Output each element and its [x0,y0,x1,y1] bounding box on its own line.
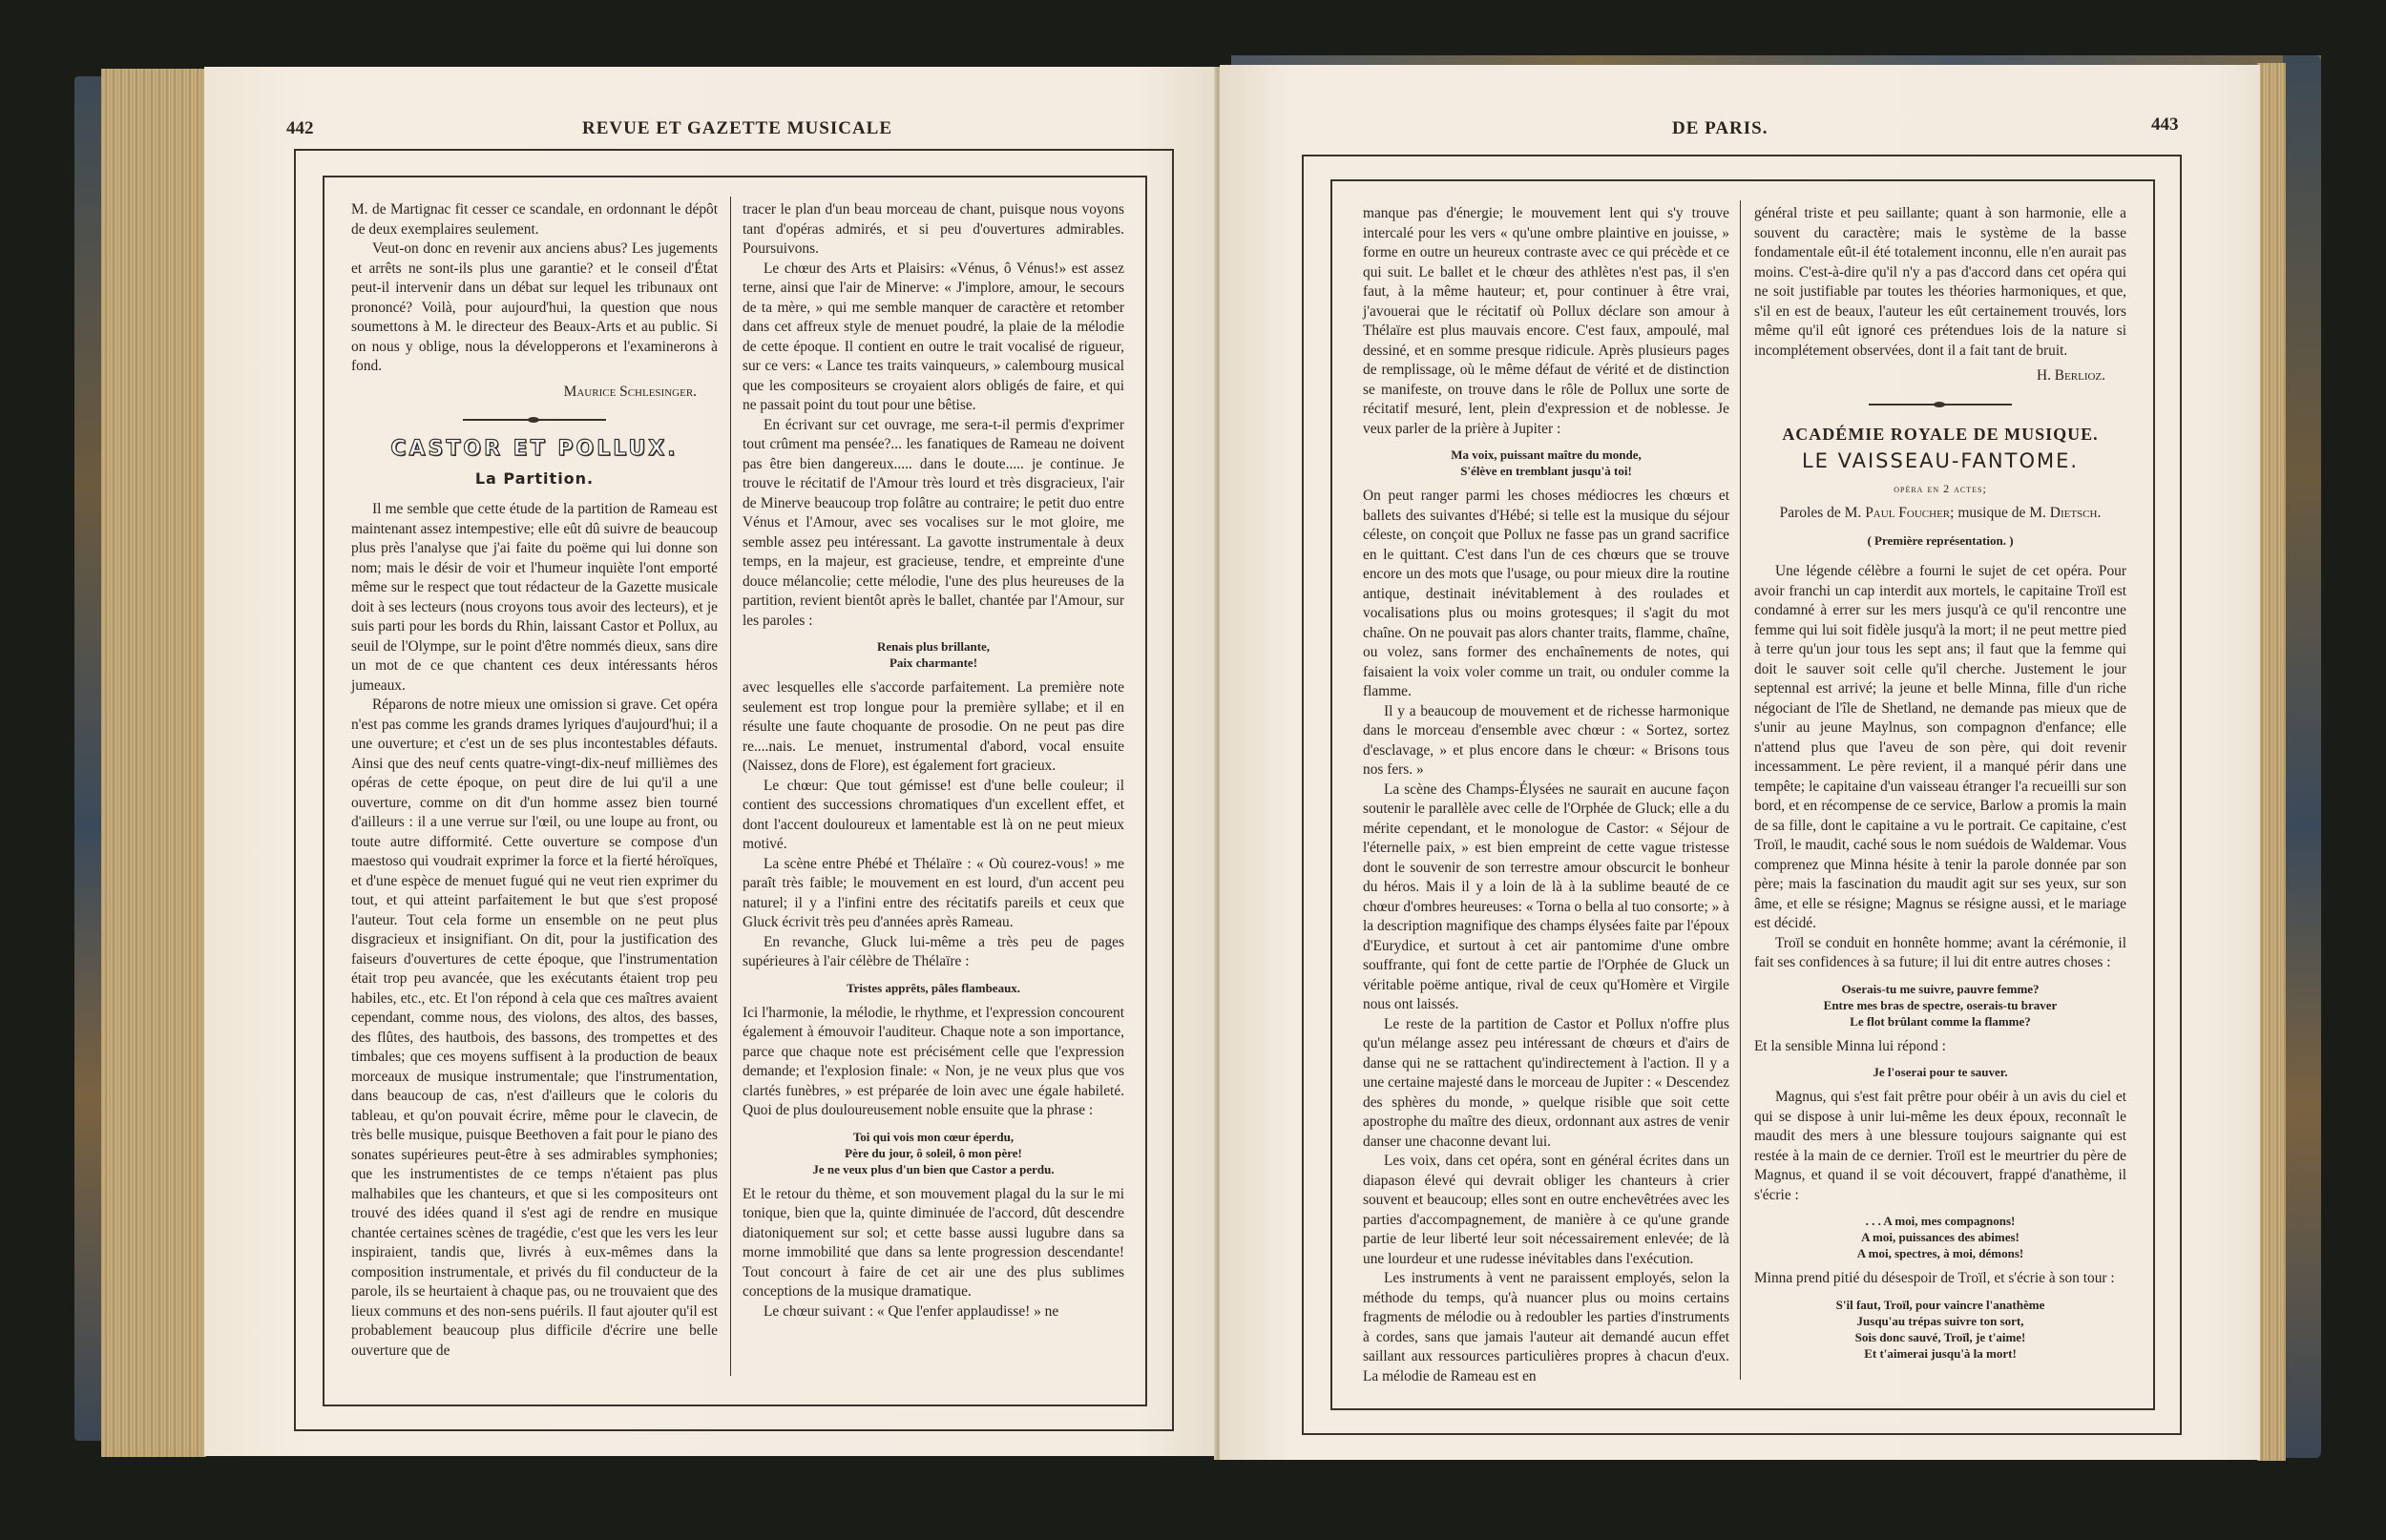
paragraph: La scène entre Phébé et Thélaïre : « Où … [743,855,1124,933]
paragraph: Troïl se conduit en honnête homme; avant… [1754,934,2126,973]
paragraph: Et le retour du thème, et son mouvement … [743,1185,1124,1302]
paragraph: Le reste de la partition de Castor et Po… [1363,1015,1729,1153]
paragraph: Ici l'harmonie, la mélodie, le rhythme, … [743,1004,1124,1121]
book-cover-right [2283,55,2321,1458]
opera-credits: Paroles de M. Paul Foucher; musique de M… [1754,504,2126,524]
paragraph: Il me semble que cette étude de la parti… [351,500,718,696]
paragraph: Les voix, dans cet opéra, sont en généra… [1363,1152,1729,1269]
paragraph: Minna prend pitié du désespoir de Troïl,… [1754,1269,2126,1289]
librettist-name: Paul Foucher [1865,505,1950,521]
verse-quote: S'il faut, Troïl, pour vaincre l'anathèm… [1754,1297,2126,1362]
paragraph: M. de Martignac fit cesser ce scandale, … [351,200,718,239]
left-page-column-2: tracer le plan d'un beau morceau de chan… [743,200,1124,1321]
right-running-head: DE PARIS. [1672,118,1769,139]
author-signature: H. Berlioz. [1754,366,2105,386]
section-divider-ornament [463,417,606,423]
left-column-rule [730,197,731,1376]
paragraph: Magnus, qui s'est fait prêtre pour obéir… [1754,1088,2126,1205]
left-page-column-1: M. de Martignac fit cesser ce scandale, … [351,200,718,1361]
section-title: ACADÉMIE ROYALE DE MUSIQUE. [1754,425,2126,445]
verse-quote: Ma voix, puissant maître du monde, S'élè… [1363,447,1729,479]
paragraph: Et la sensible Minna lui répond : [1754,1037,2126,1057]
right-page-column-2: général triste et peu saillante; quant à… [1754,204,2126,1369]
opera-genre: opéra en 2 actes; [1754,479,2126,499]
section-divider-ornament [1869,402,2012,407]
page-edges-left [101,69,206,1457]
verse-quote: Renais plus brillante, Paix charmante! [743,638,1124,671]
verse-quote: Oserais-tu me suivre, pauvre femme? Entr… [1754,981,2126,1030]
paragraph: Le chœur des Arts et Plaisirs: «Vénus, ô… [743,260,1124,416]
verse-quote: Tristes apprêts, pâles flambeaux. [743,980,1124,996]
verse-quote: Toi qui vois mon cœur éperdu, Père du jo… [743,1129,1124,1177]
author-signature: Maurice Schlesinger. [351,383,697,403]
composer-name: Dietsch. [2050,505,2102,521]
paragraph: En revanche, Gluck lui-même a très peu d… [743,933,1124,972]
paragraph: avec lesquelles elle s'accorde parfaitem… [743,678,1124,777]
paragraph: Le chœur: Que tout gémisse! est d'une be… [743,777,1124,855]
page-edges-right [2257,63,2286,1461]
premiere-note: ( Première représentation. ) [1754,531,2126,551]
paragraph: En écrivant sur cet ouvrage, me sera-t-i… [743,416,1124,632]
paragraph: Une légende célèbre a fourni le sujet de… [1754,562,2126,934]
verse-quote: . . . A moi, mes compagnons! A moi, puis… [1754,1213,2126,1261]
paragraph: On peut ranger parmi les choses médiocre… [1363,487,1729,702]
paragraph: tracer le plan d'un beau morceau de chan… [743,200,1124,260]
book-cover-left [74,76,103,1441]
paragraph: Il y a beaucoup de mouvement et de riche… [1363,702,1729,780]
paragraph: La scène des Champs-Élysées ne saurait e… [1363,780,1729,1015]
left-running-head: REVUE ET GAZETTE MUSICALE [582,118,892,139]
right-column-rule [1740,200,1741,1380]
left-page-number: 442 [286,118,314,139]
right-page-column-1: manque pas d'énergie; le mouvement lent … [1363,204,1729,1386]
right-page-number: 443 [2151,114,2179,135]
article-title: CASTOR ET POLLUX. [351,440,718,460]
paragraph: Veut-on donc en revenir aux anciens abus… [351,239,718,377]
paragraph: manque pas d'énergie; le mouvement lent … [1363,204,1729,439]
paragraph: Réparons de notre mieux une omission si … [351,696,718,1361]
article-subtitle: La Partition. [351,469,718,489]
article-title: LE VAISSEAU-FANTOME. [1754,451,2126,471]
paragraph: Le chœur suivant : « Que l'enfer applaud… [743,1302,1124,1322]
verse-quote: Je l'oserai pour te sauver. [1754,1064,2126,1080]
paragraph: général triste et peu saillante; quant à… [1754,204,2126,361]
paragraph: Les instruments à vent ne paraissent emp… [1363,1269,1729,1386]
